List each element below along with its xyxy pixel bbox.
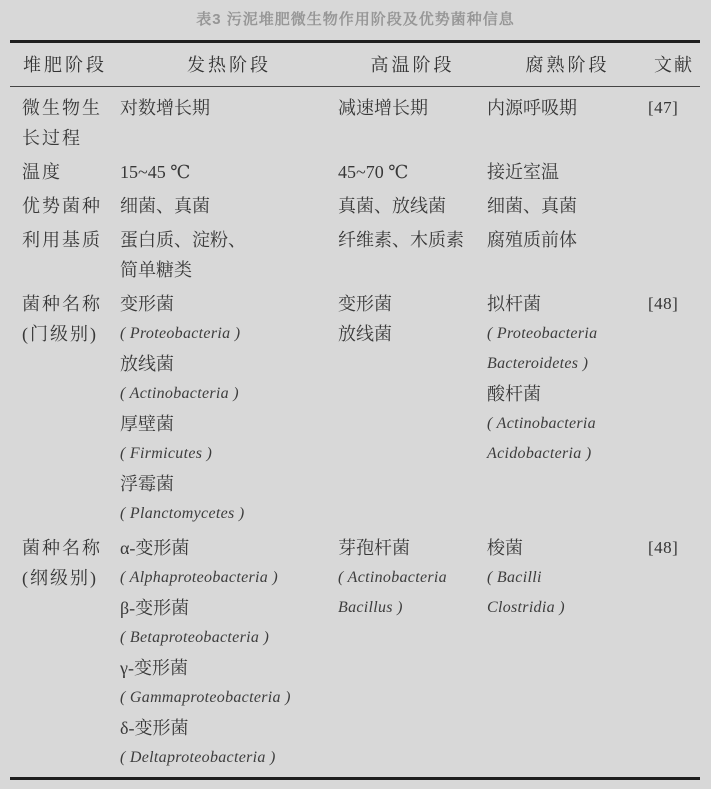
table-header-row: 堆肥阶段 发热阶段 高温阶段 腐熟阶段 文献 — [10, 43, 700, 87]
row-label: 微生物生长过程 — [10, 93, 120, 153]
cell-high-temperature-stage: 纤维素、木质素 — [338, 225, 487, 285]
cell-text-line: δ-变形菌 — [120, 713, 338, 743]
row-label: 温度 — [10, 157, 120, 187]
cell-text-line: 减速增长期 — [338, 93, 487, 123]
row-label-line: 温度 — [22, 157, 120, 187]
cell-text-line: 放线菌 — [120, 349, 338, 379]
column-header-heating-stage: 发热阶段 — [120, 51, 338, 77]
column-header-high-temperature-stage: 高温阶段 — [338, 51, 487, 77]
scanned-document-page: 表3 污泥堆肥微生物作用阶段及优势菌种信息 堆肥阶段 发热阶段 高温阶段 腐熟阶… — [0, 0, 711, 780]
table-row-temperature: 温度15~45 ℃45~70 ℃接近室温 — [10, 155, 700, 189]
table-caption: 表3 污泥堆肥微生物作用阶段及优势菌种信息 — [0, 0, 711, 25]
reference-number: [48] — [648, 533, 700, 563]
table-row-species-name-class-level: 菌种名称(纲级别)α-变形菌( Alphaproteobacteria )β-变… — [10, 531, 700, 775]
cell-text-line: Acidobacteria ) — [487, 439, 648, 469]
cell-reference — [648, 225, 700, 285]
cell-text-line: ( Proteobacteria — [487, 319, 648, 349]
cell-text-line: 厚壁菌 — [120, 409, 338, 439]
cell-text-line: 放线菌 — [338, 319, 487, 349]
cell-high-temperature-stage: 减速增长期 — [338, 93, 487, 153]
cell-heating-stage: 变形菌( Proteobacteria )放线菌( Actinobacteria… — [120, 289, 338, 529]
column-header-composting-stage: 堆肥阶段 — [10, 51, 120, 77]
cell-text-line: 45~70 ℃ — [338, 157, 487, 187]
cell-text-line: 梭菌 — [487, 533, 648, 563]
cell-heating-stage: 蛋白质、淀粉、简单糖类 — [120, 225, 338, 285]
cell-text-line: 内源呼吸期 — [487, 93, 648, 123]
cell-text-line: Bacillus ) — [338, 593, 487, 623]
cell-high-temperature-stage: 芽孢杆菌( ActinobacteriaBacillus ) — [338, 533, 487, 773]
cell-text-line: ( Planctomycetes ) — [120, 499, 338, 529]
row-label: 利用基质 — [10, 225, 120, 285]
cell-heating-stage: α-变形菌( Alphaproteobacteria )β-变形菌( Betap… — [120, 533, 338, 773]
cell-text-line: α-变形菌 — [120, 533, 338, 563]
cell-text-line: 细菌、真菌 — [120, 191, 338, 221]
reference-number: [47] — [648, 93, 700, 123]
row-label-line: 菌种名称 — [22, 533, 120, 563]
row-label: 菌种名称(纲级别) — [10, 533, 120, 773]
cell-high-temperature-stage: 45~70 ℃ — [338, 157, 487, 187]
cell-maturation-stage: 梭菌( BacilliClostridia ) — [487, 533, 648, 773]
row-label-line: (门级别) — [22, 319, 120, 349]
table-body: 微生物生长过程对数增长期减速增长期内源呼吸期[47]温度15~45 ℃45~70… — [10, 87, 700, 777]
row-label: 优势菌种 — [10, 191, 120, 221]
table-row-dominant-species: 优势菌种细菌、真菌真菌、放线菌细菌、真菌 — [10, 189, 700, 223]
cell-text-line: ( Actinobacteria — [338, 563, 487, 593]
cell-reference: [48] — [648, 289, 700, 529]
cell-reference — [648, 191, 700, 221]
row-label-line: 长过程 — [22, 123, 120, 153]
cell-text-line: ( Firmicutes ) — [120, 439, 338, 469]
cell-maturation-stage: 内源呼吸期 — [487, 93, 648, 153]
composting-stages-table: 堆肥阶段 发热阶段 高温阶段 腐熟阶段 文献 微生物生长过程对数增长期减速增长期… — [10, 40, 700, 780]
cell-text-line: 15~45 ℃ — [120, 157, 338, 187]
cell-text-line: 芽孢杆菌 — [338, 533, 487, 563]
cell-text-line: ( Proteobacteria ) — [120, 319, 338, 349]
cell-heating-stage: 对数增长期 — [120, 93, 338, 153]
cell-heating-stage: 细菌、真菌 — [120, 191, 338, 221]
cell-maturation-stage: 接近室温 — [487, 157, 648, 187]
cell-reference — [648, 157, 700, 187]
cell-text-line: ( Bacilli — [487, 563, 648, 593]
cell-maturation-stage: 腐殖质前体 — [487, 225, 648, 285]
row-label-line: 微生物生 — [22, 93, 120, 123]
cell-reference: [48] — [648, 533, 700, 773]
row-label: 菌种名称(门级别) — [10, 289, 120, 529]
cell-text-line: ( Actinobacteria — [487, 409, 648, 439]
cell-text-line: ( Gammaproteobacteria ) — [120, 683, 338, 713]
cell-text-line: Clostridia ) — [487, 593, 648, 623]
cell-text-line: 真菌、放线菌 — [338, 191, 487, 221]
cell-reference: [47] — [648, 93, 700, 153]
cell-heating-stage: 15~45 ℃ — [120, 157, 338, 187]
cell-text-line: 接近室温 — [487, 157, 648, 187]
cell-maturation-stage: 细菌、真菌 — [487, 191, 648, 221]
cell-text-line: 变形菌 — [120, 289, 338, 319]
cell-maturation-stage: 拟杆菌( ProteobacteriaBacteroidetes )酸杆菌( A… — [487, 289, 648, 529]
table-row-utilized-substrate: 利用基质蛋白质、淀粉、简单糖类纤维素、木质素腐殖质前体 — [10, 223, 700, 287]
cell-text-line: ( Actinobacteria ) — [120, 379, 338, 409]
cell-text-line: 拟杆菌 — [487, 289, 648, 319]
cell-text-line: 浮霉菌 — [120, 469, 338, 499]
cell-high-temperature-stage: 变形菌放线菌 — [338, 289, 487, 529]
row-label-line: 菌种名称 — [22, 289, 120, 319]
cell-text-line: ( Alphaproteobacteria ) — [120, 563, 338, 593]
cell-text-line: 简单糖类 — [120, 255, 338, 285]
cell-text-line: 蛋白质、淀粉、 — [120, 225, 338, 255]
cell-text-line: 变形菌 — [338, 289, 487, 319]
cell-text-line: 腐殖质前体 — [487, 225, 648, 255]
row-label-line: 利用基质 — [22, 225, 120, 255]
cell-text-line: β-变形菌 — [120, 593, 338, 623]
cell-text-line: 酸杆菌 — [487, 379, 648, 409]
row-label-line: (纲级别) — [22, 563, 120, 593]
cell-text-line: ( Betaproteobacteria ) — [120, 623, 338, 653]
cell-high-temperature-stage: 真菌、放线菌 — [338, 191, 487, 221]
cell-text-line: 纤维素、木质素 — [338, 225, 487, 255]
cell-text-line: Bacteroidetes ) — [487, 349, 648, 379]
reference-number: [48] — [648, 289, 700, 319]
table-row-microbial-growth-process: 微生物生长过程对数增长期减速增长期内源呼吸期[47] — [10, 91, 700, 155]
cell-text-line: γ-变形菌 — [120, 653, 338, 683]
cell-text-line: ( Deltaproteobacteria ) — [120, 743, 338, 773]
row-label-line: 优势菌种 — [22, 191, 120, 221]
cell-text-line: 对数增长期 — [120, 93, 338, 123]
column-header-reference: 文献 — [648, 51, 700, 77]
cell-text-line: 细菌、真菌 — [487, 191, 648, 221]
table-row-species-name-phylum-level: 菌种名称(门级别)变形菌( Proteobacteria )放线菌( Actin… — [10, 287, 700, 531]
column-header-maturation-stage: 腐熟阶段 — [487, 51, 648, 77]
